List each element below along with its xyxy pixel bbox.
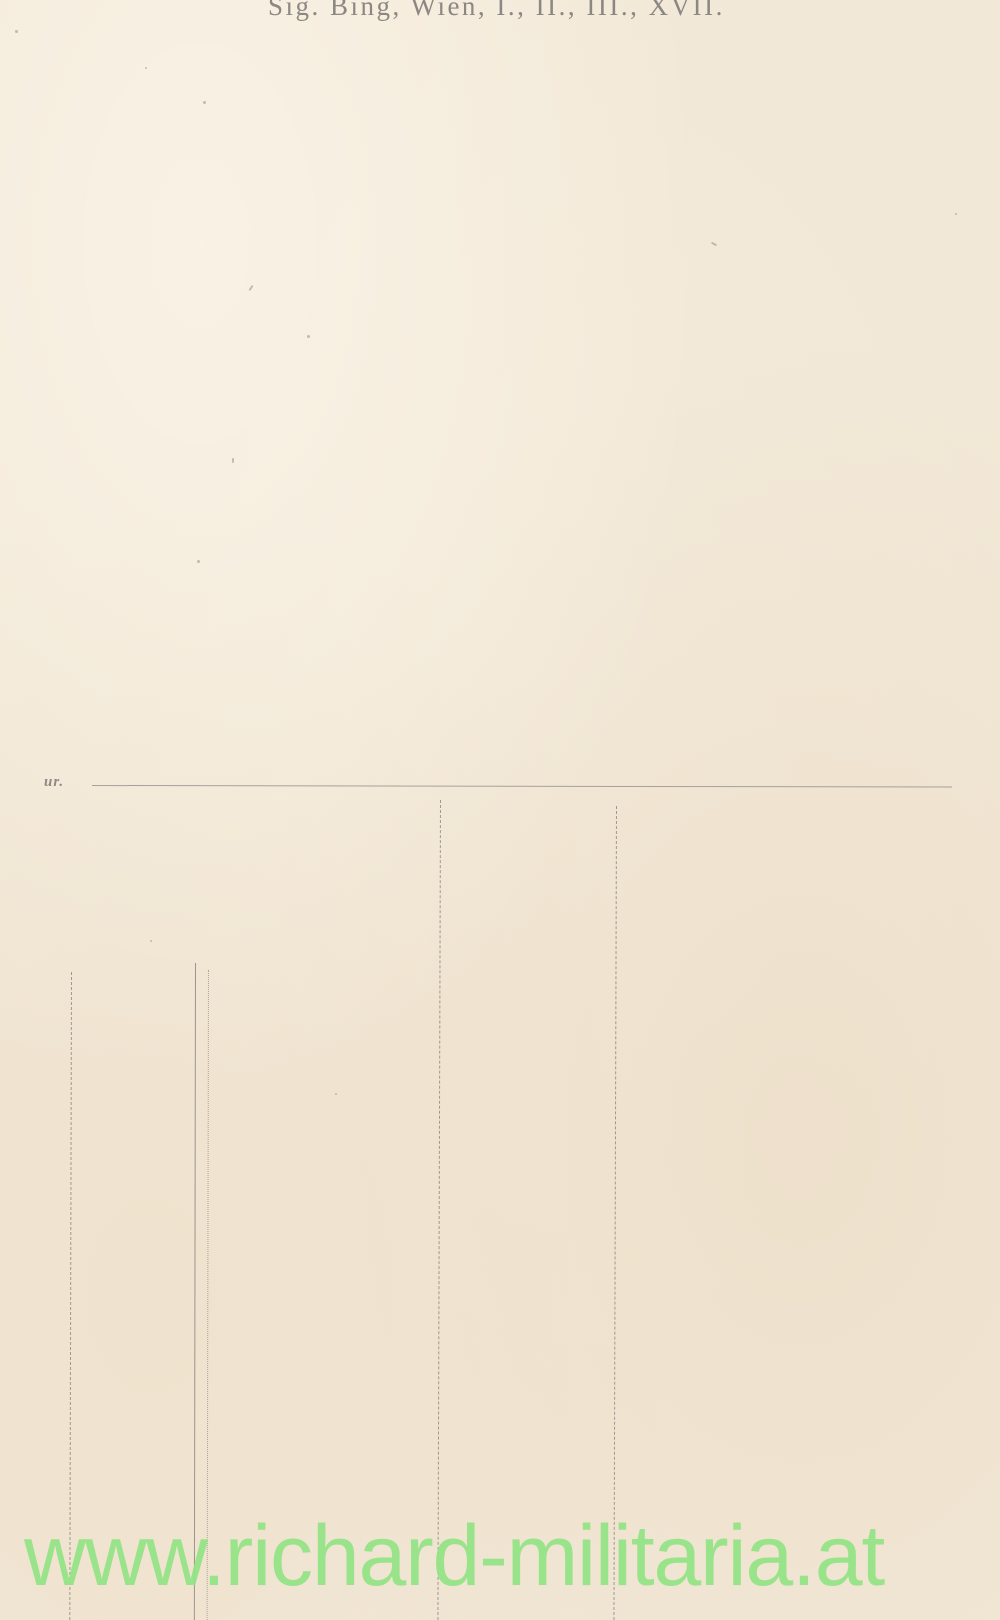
address-divider-line bbox=[92, 785, 952, 788]
paper-speck bbox=[711, 242, 717, 247]
address-prefix-mark: ur. bbox=[44, 774, 64, 791]
website-watermark: www.richard-militaria.at bbox=[24, 1506, 974, 1606]
publisher-imprint: Sig. Bing, Wien, I., II., III., XVII. bbox=[268, 0, 776, 21]
paper-speck bbox=[307, 335, 310, 338]
paper-speck bbox=[150, 940, 152, 942]
paper-speck bbox=[232, 458, 234, 463]
postcard-back: Sig. Bing, Wien, I., II., III., XVII. ur… bbox=[0, 0, 1000, 1620]
paper-speck bbox=[145, 67, 147, 69]
paper-speck bbox=[335, 1093, 337, 1095]
paper-speck bbox=[955, 213, 957, 215]
column-divider-dashed-1 bbox=[437, 800, 441, 1620]
paper-speck bbox=[248, 285, 253, 291]
paper-speck bbox=[15, 30, 18, 33]
paper-speck bbox=[203, 101, 206, 104]
column-divider-dashed-2 bbox=[613, 806, 617, 1620]
paper-speck bbox=[197, 560, 200, 563]
